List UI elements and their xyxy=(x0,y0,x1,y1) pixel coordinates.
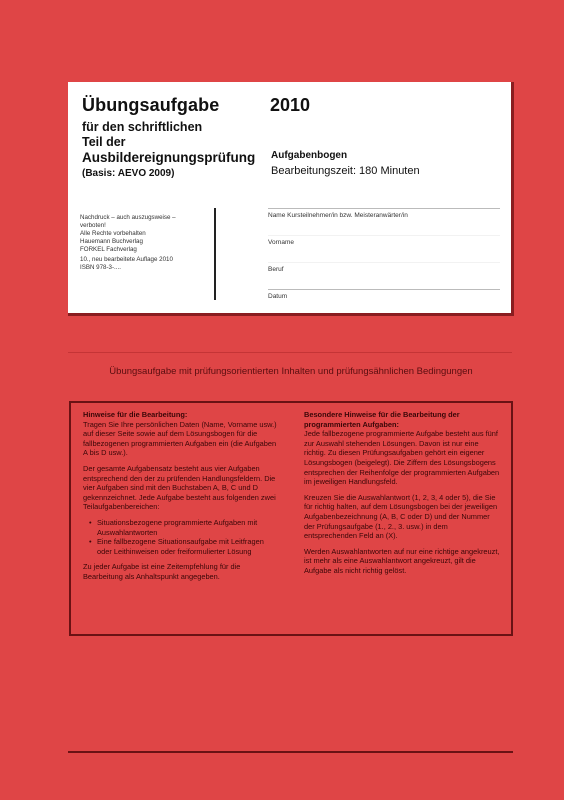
instruction-list: Situationsbezogene programmierte Aufgabe… xyxy=(83,518,280,556)
instructions-box: Hinweise für die Bearbeitung: Tragen Sie… xyxy=(69,401,513,636)
field-label: Vorname xyxy=(268,239,294,246)
cover-card: Übungsaufgabe für den schriftlichen Teil… xyxy=(68,82,514,316)
tagline: Übungsaufgabe mit prüfungsorientierten I… xyxy=(68,366,514,377)
instruction-paragraph: Der gesamte Aufgabensatz besteht aus vie… xyxy=(83,464,280,512)
document-basis: (Basis: AEVO 2009) xyxy=(82,168,174,179)
duration: Bearbeitungszeit: 180 Minuten xyxy=(271,165,420,177)
document-subtitle: für den schriftlichen Teil der Ausbilder… xyxy=(82,120,255,165)
imprint-line: FORKEL Fachverlag xyxy=(80,246,214,254)
imprint-line: verboten! xyxy=(80,222,214,230)
name-field[interactable]: Name Kursteilnehmer/in bzw. Meisteranwär… xyxy=(268,208,500,235)
profession-field[interactable]: Beruf xyxy=(268,262,500,289)
document-title: Übungsaufgabe xyxy=(82,95,219,116)
field-label: Datum xyxy=(268,293,287,300)
document-year: 2010 xyxy=(270,95,310,116)
subtitle-line: Ausbildereignungsprüfung xyxy=(82,150,255,165)
imprint-line: Hauemann Buchverlag xyxy=(80,238,214,246)
special-instructions-title: Besondere Hinweise für die Bearbeitung d… xyxy=(304,410,501,429)
divider xyxy=(68,352,512,353)
imprint-line: ISBN 978-3-.... xyxy=(80,264,214,272)
sheet-type: Aufgabenbogen xyxy=(271,150,347,161)
date-field[interactable]: Datum xyxy=(268,289,500,316)
imprint-line: 10., neu bearbeitete Auflage 2010 xyxy=(80,256,214,264)
field-label: Name Kursteilnehmer/in bzw. Meisteranwär… xyxy=(268,212,408,219)
imprint-block: Nachdruck – auch auszugsweise – verboten… xyxy=(80,208,216,300)
field-label: Beruf xyxy=(268,266,284,273)
instruction-paragraph: Werden Auswahlantworten auf nur eine ric… xyxy=(304,547,501,576)
imprint-line: Nachdruck – auch auszugsweise – xyxy=(80,214,214,222)
instruction-paragraph: Tragen Sie Ihre persönlichen Daten (Name… xyxy=(83,420,280,458)
instruction-paragraph: Zu jeder Aufgabe ist eine Zeitempfehlung… xyxy=(83,562,280,581)
instruction-paragraph: Kreuzen Sie die Auswahlantwort (1, 2, 3,… xyxy=(304,493,501,541)
instruction-list-item: Eine fallbezogene Situationsaufgabe mit … xyxy=(91,537,280,556)
general-instructions: Hinweise für die Bearbeitung: Tragen Sie… xyxy=(71,403,288,634)
general-instructions-title: Hinweise für die Bearbeitung: xyxy=(83,410,280,420)
first-name-field[interactable]: Vorname xyxy=(268,235,500,262)
imprint-line: Alle Rechte vorbehalten xyxy=(80,230,214,238)
instruction-paragraph: Jede fallbezogene programmierte Aufgabe … xyxy=(304,429,501,487)
instruction-list-item: Situationsbezogene programmierte Aufgabe… xyxy=(91,518,280,537)
special-instructions: Besondere Hinweise für die Bearbeitung d… xyxy=(288,403,511,634)
divider xyxy=(68,751,513,753)
subtitle-line: Teil der xyxy=(82,135,255,150)
personal-data-fields: Name Kursteilnehmer/in bzw. Meisteranwär… xyxy=(268,208,500,316)
subtitle-line: für den schriftlichen xyxy=(82,120,255,135)
